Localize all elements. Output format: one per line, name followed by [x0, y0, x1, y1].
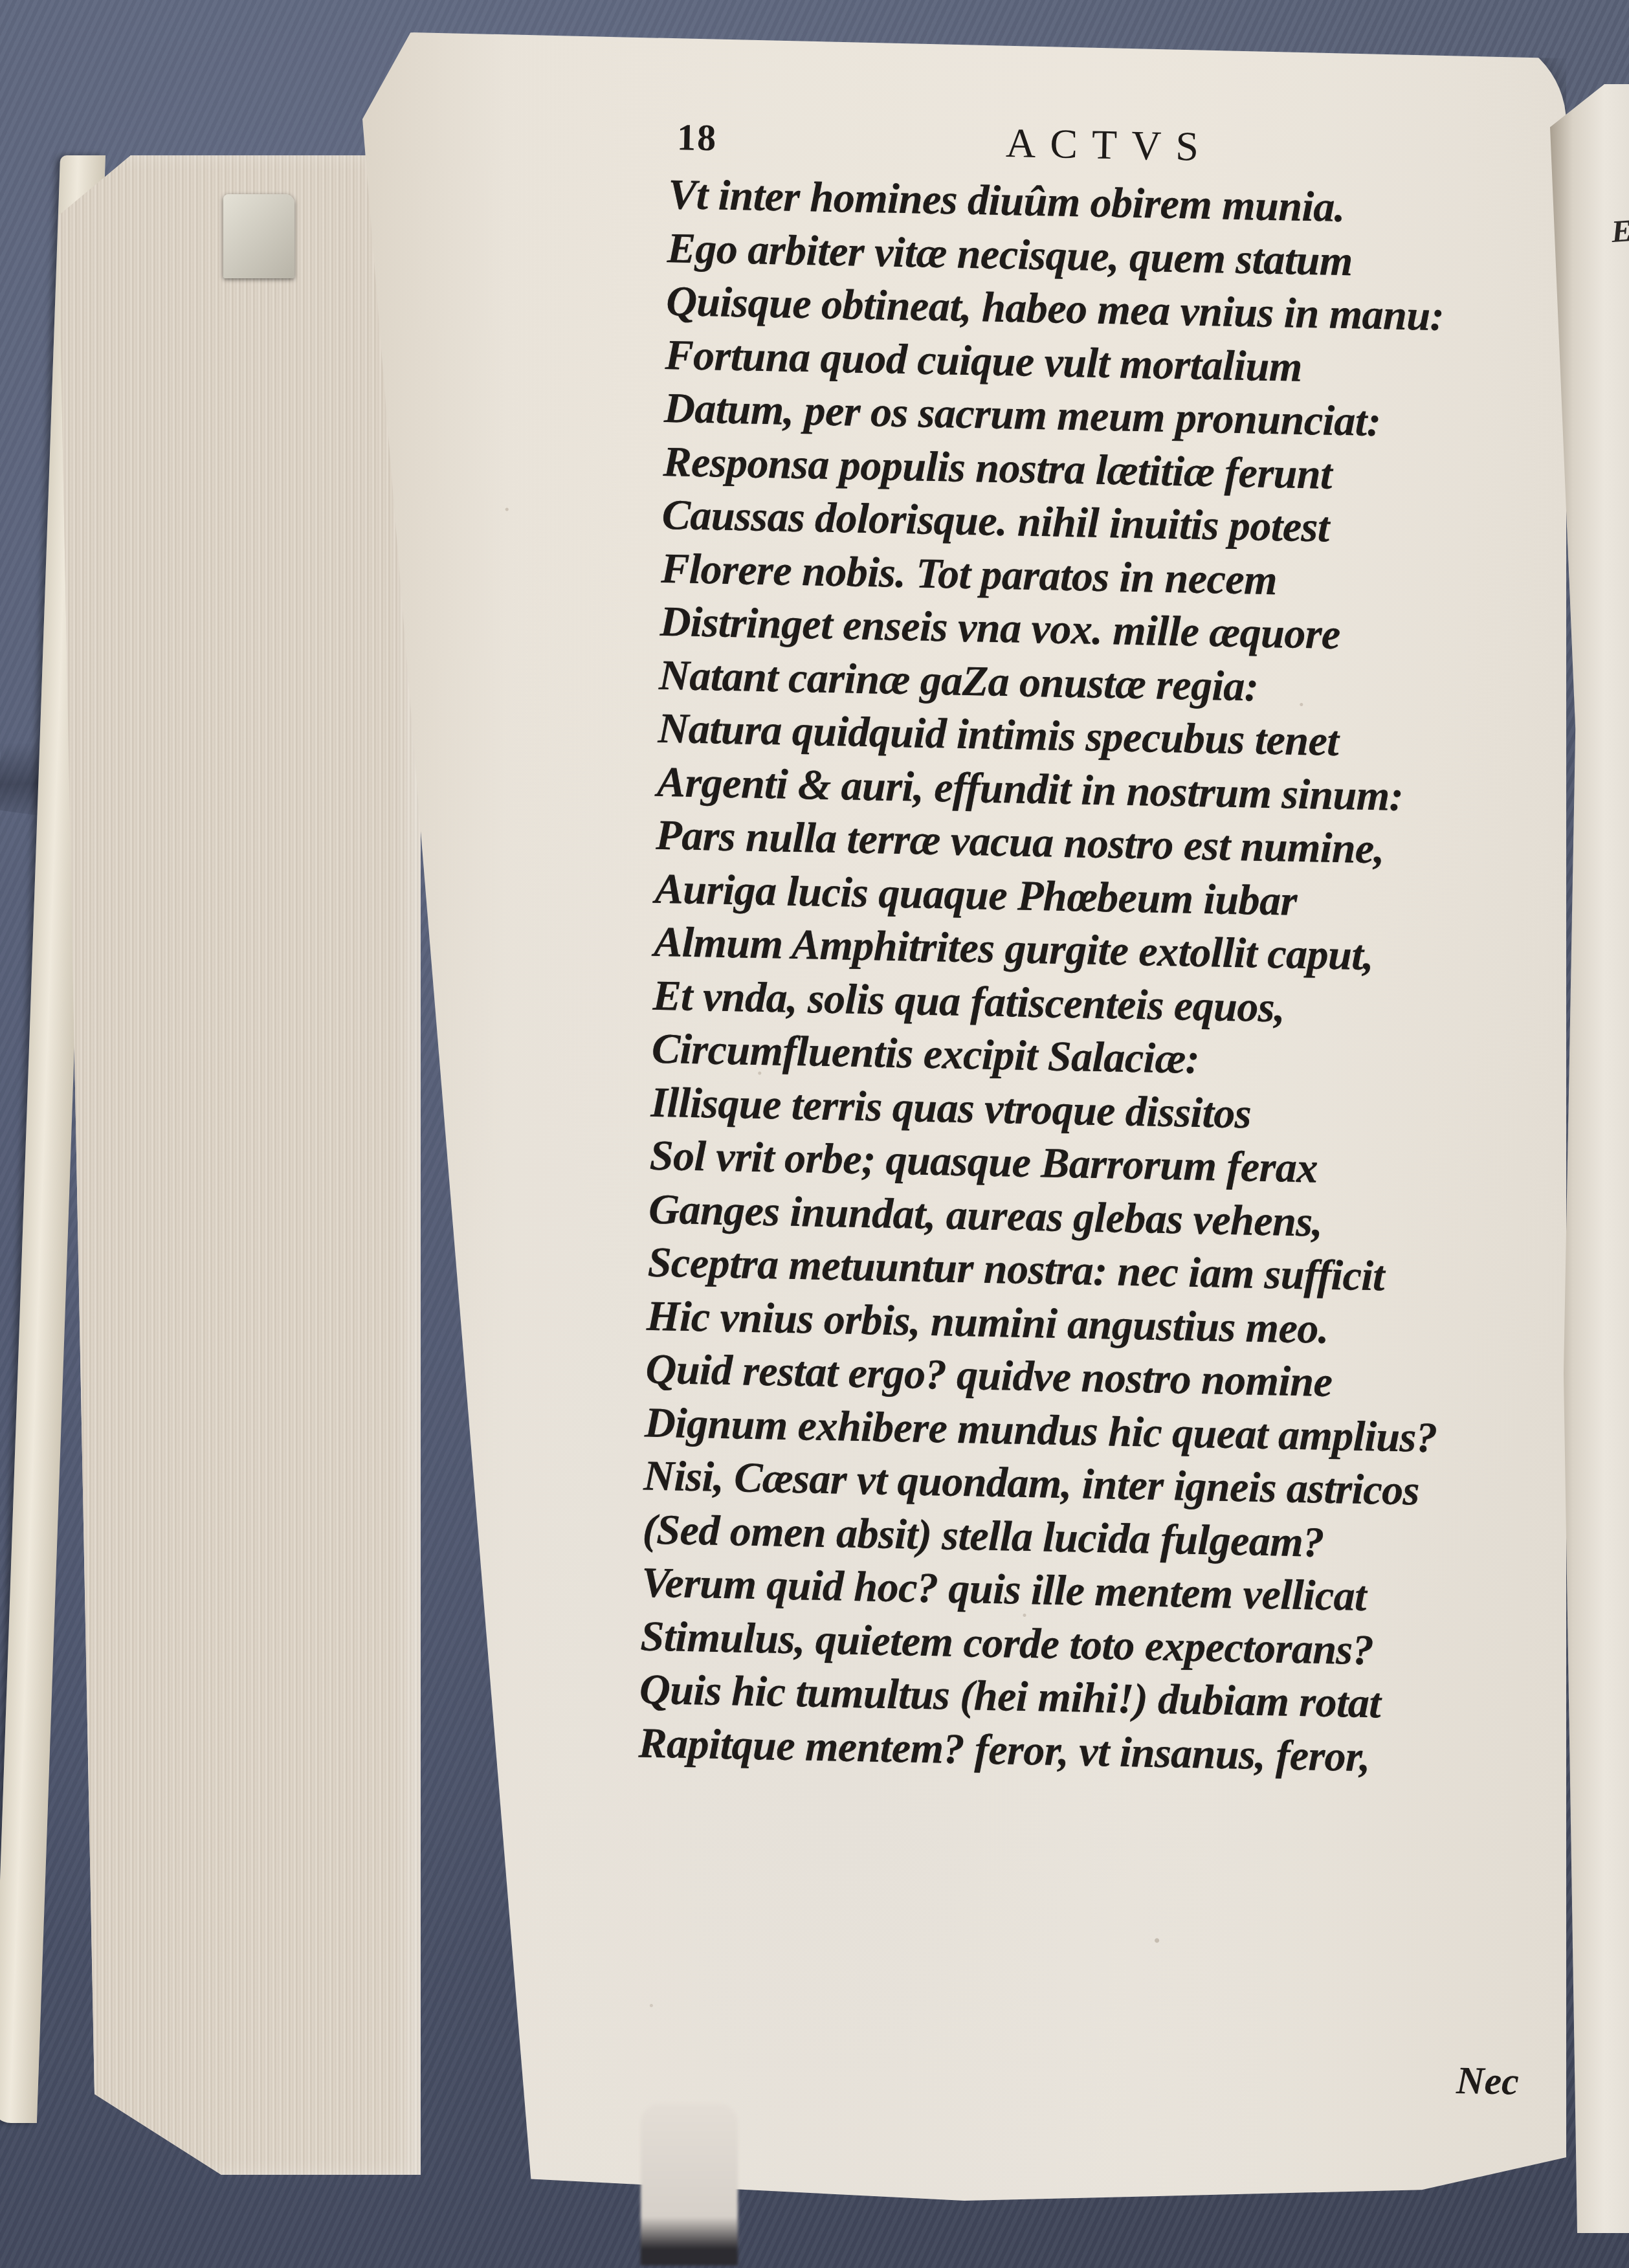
- facing-page-text-fragment: E: [1610, 213, 1629, 250]
- page-number: 18: [677, 115, 718, 159]
- verse-list: Vt inter homines diuûm obirem munia. Ego…: [638, 168, 1575, 1787]
- page-text-block: 18 ACTVS Vt inter homines diuûm obirem m…: [638, 110, 1576, 1787]
- running-head-title: ACTVS: [1005, 119, 1213, 171]
- page-stack-edges: [58, 155, 421, 2175]
- catchword: Nec: [1456, 2058, 1520, 2104]
- book-cover-corner: [223, 194, 294, 278]
- blurred-finger-region: [641, 2104, 738, 2265]
